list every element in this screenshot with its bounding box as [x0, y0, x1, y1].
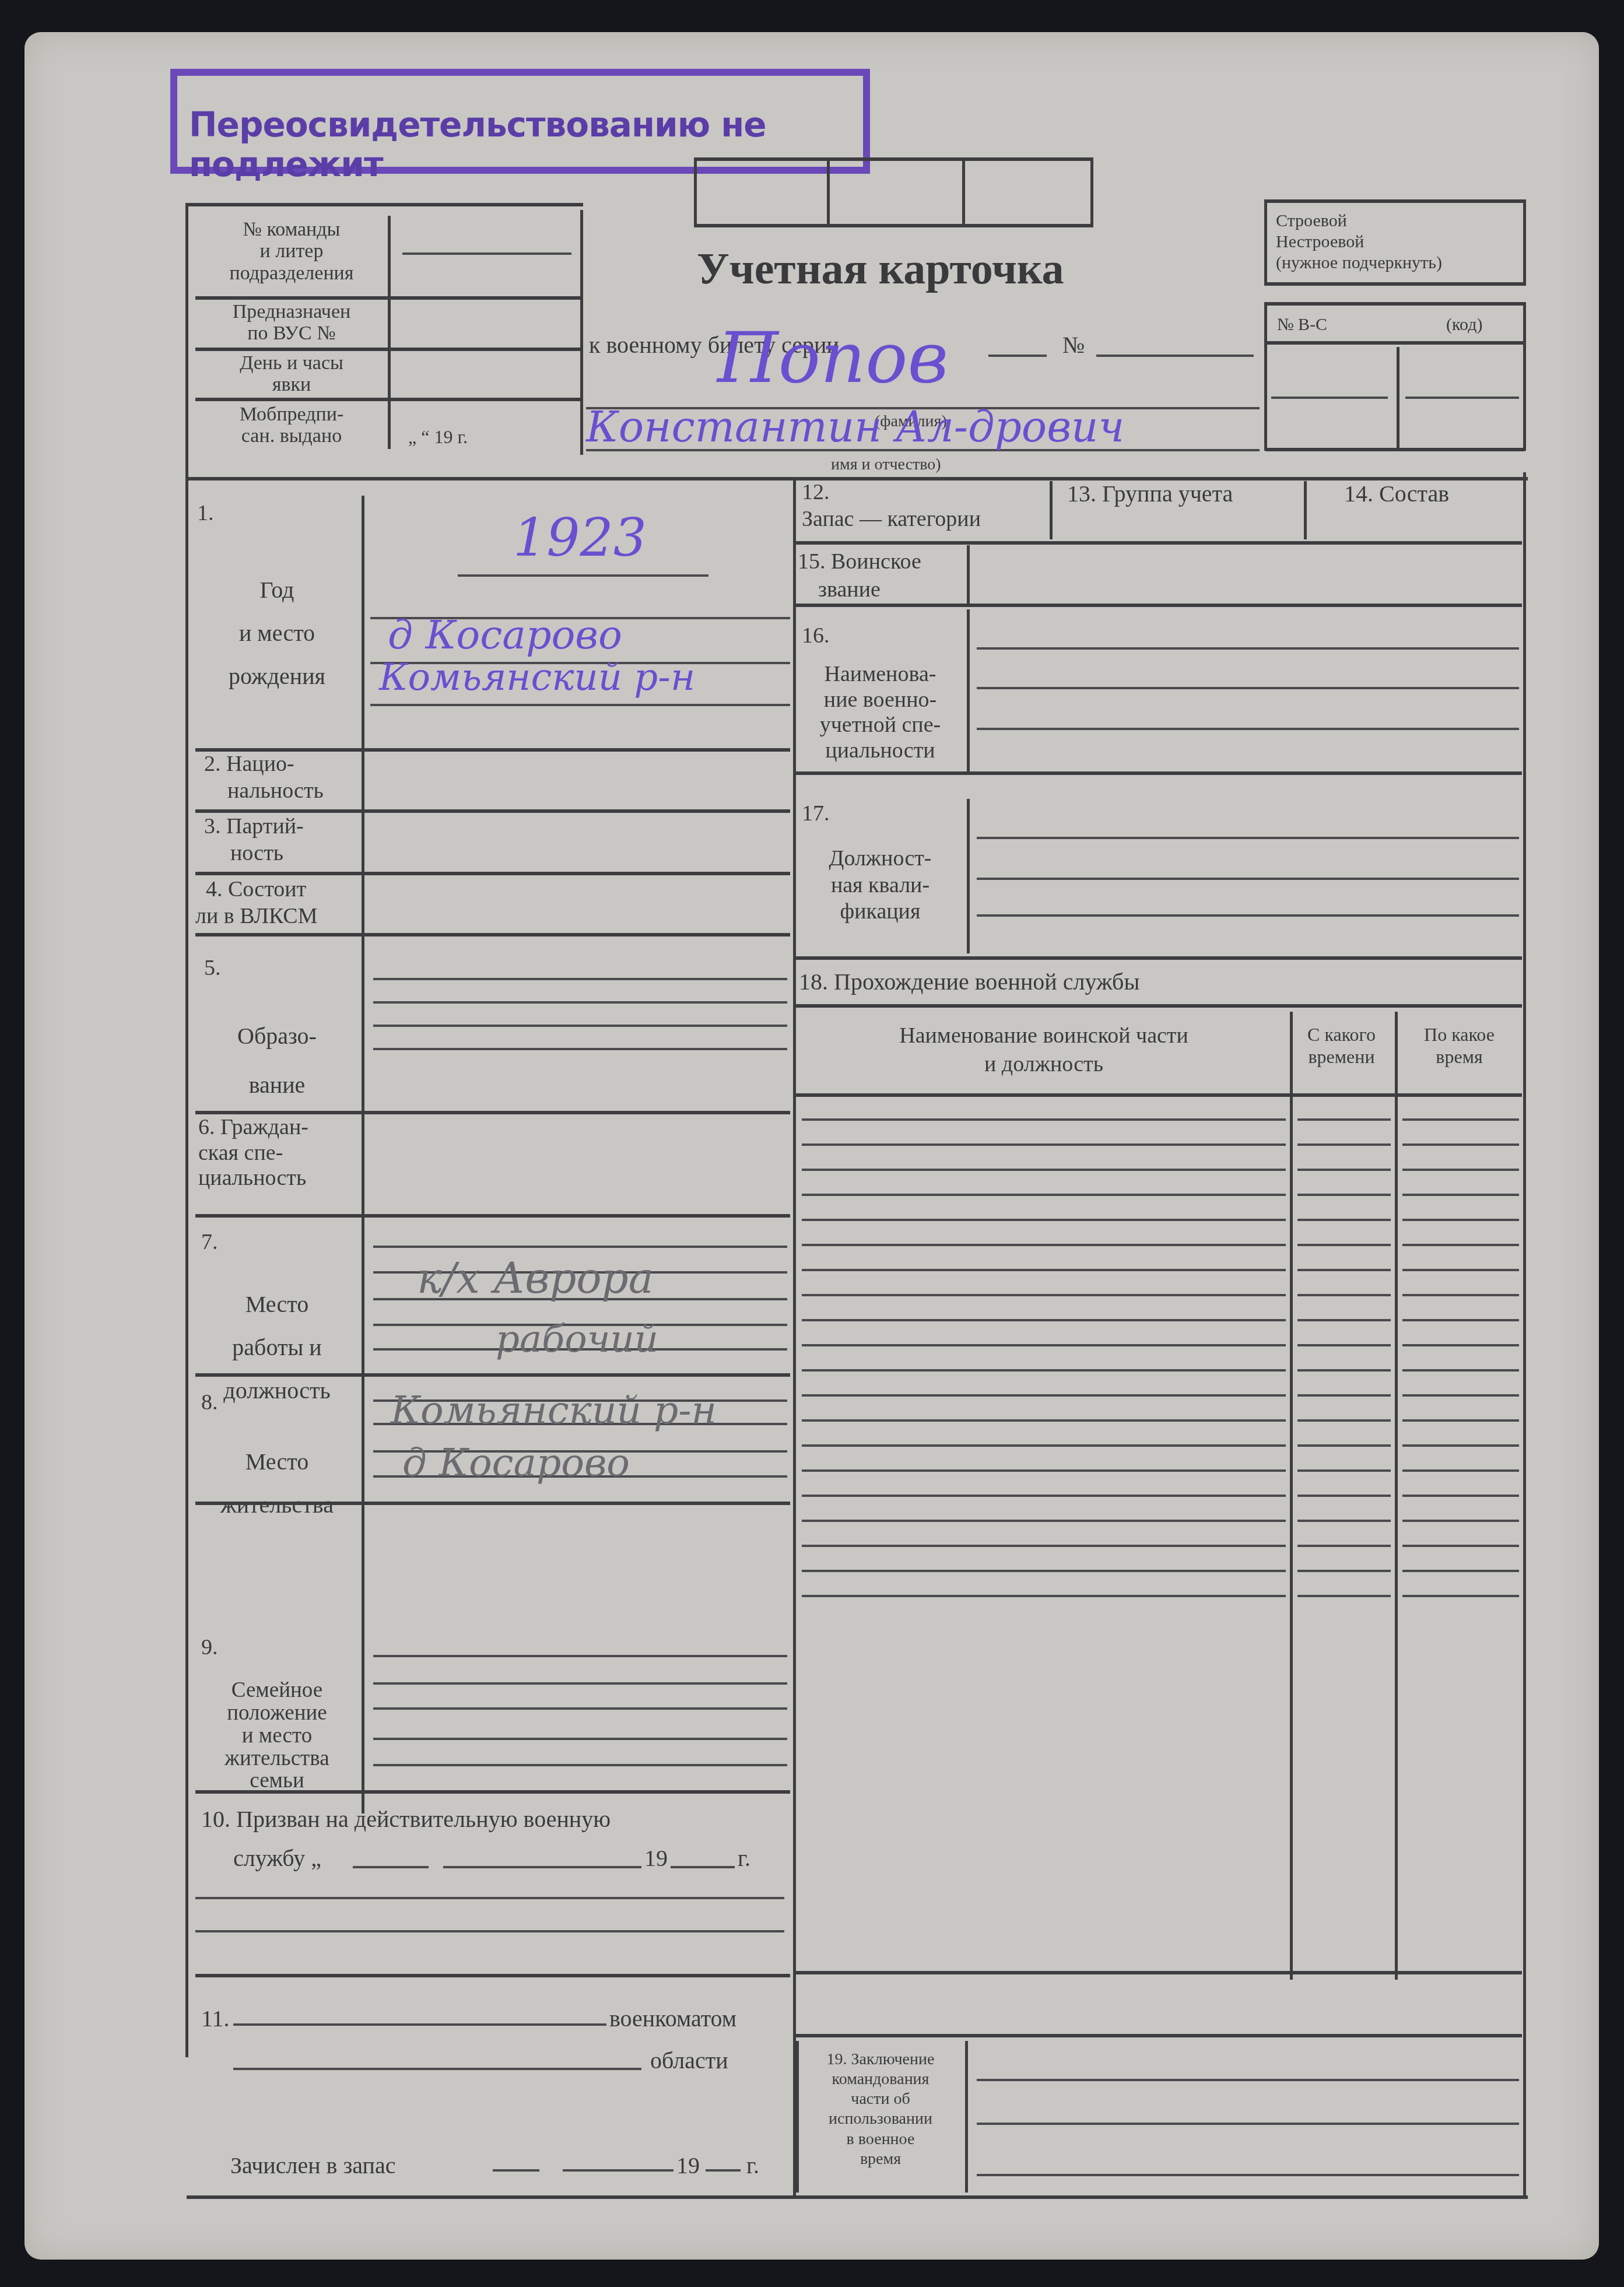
service-table-rule — [1402, 1394, 1519, 1397]
service-table-rule — [1297, 1143, 1391, 1146]
workplace-kolkhoz: к/х Аврора — [417, 1254, 654, 1303]
service-table-rule — [1297, 1294, 1391, 1296]
label-reserve-category: 12.Запас — категории — [793, 479, 981, 532]
label-birth: Годи месторождения — [192, 569, 362, 698]
service-table-rule — [1297, 1269, 1391, 1271]
label-vus-specialty: Наименова-ние военно-учетной спе-циально… — [794, 662, 966, 764]
service-table-rule — [1297, 1394, 1391, 1397]
label-education: Образо-вание — [192, 1012, 362, 1110]
enrolled-reserve-label: Зачислен в запас — [230, 2153, 395, 2179]
oblast-label: области — [650, 2048, 728, 2074]
label-service-record: 18. Прохождение военной службы — [799, 969, 1139, 995]
label-family: Семейноеположениеи местожительствасемьи — [192, 1679, 362, 1793]
mob-order-date: „ “ 19 г. — [408, 427, 468, 447]
service-table-rule — [1402, 1194, 1519, 1196]
residence-district: Комьянский р-н — [391, 1388, 717, 1433]
service-table-rule — [802, 1269, 1286, 1271]
service-table-rule — [1402, 1520, 1519, 1522]
service-table-rule — [1297, 1369, 1391, 1372]
label-vus: Предназначенпо ВУС № — [198, 301, 385, 345]
service-table-rule — [802, 1394, 1286, 1397]
service-table-rule — [1297, 1570, 1391, 1572]
label-command-conclusion: 19. Заключениекомандованиячасти обисполь… — [796, 2050, 965, 2169]
service-table-rule — [1297, 1469, 1391, 1472]
service-table-rule — [1402, 1294, 1519, 1296]
service-table-rule — [1402, 1369, 1519, 1372]
label-residence: Местожительства — [192, 1440, 362, 1527]
label-account-group: 13. Группа учета — [1067, 481, 1233, 507]
label-komsomol: 4. Состоитли в ВЛКСМ — [195, 876, 317, 929]
service-table-rule — [1297, 1444, 1391, 1447]
service-table-rule — [802, 1344, 1286, 1346]
service-table-rule — [802, 1570, 1286, 1572]
birth-year: 1923 — [513, 507, 647, 569]
service-table-rule — [1297, 1169, 1391, 1171]
label-position-qualification: Должност-ная квали-фикация — [794, 846, 966, 925]
service-table-rule — [1297, 1520, 1391, 1522]
service-table-rule — [1402, 1143, 1519, 1146]
service-table-rule — [1402, 1319, 1519, 1321]
label-workplace: Местоработы идолжность — [192, 1283, 362, 1412]
service-table-rule — [1297, 1419, 1391, 1422]
name-caption: имя и отчество) — [831, 456, 941, 474]
service-table-rule — [1297, 1545, 1391, 1547]
label-civil-specialty: 6. Граждан-ская спе-циальность — [198, 1115, 308, 1191]
service-table-rule — [802, 1520, 1286, 1522]
service-table-rule — [802, 1169, 1286, 1171]
service-table-rule — [1402, 1118, 1519, 1121]
workplace-position: рабочий — [496, 1318, 658, 1361]
service-table-rule — [1402, 1269, 1519, 1271]
service-table-rule — [1297, 1344, 1391, 1346]
service-table-rule — [1402, 1570, 1519, 1572]
service-table-rule — [1402, 1545, 1519, 1547]
label-composition: 14. Состав — [1344, 481, 1449, 507]
service-table-rule — [1297, 1118, 1391, 1121]
birth-place-village: д Косарово — [388, 612, 622, 658]
service-table-rule — [1402, 1244, 1519, 1246]
service-table-rule — [802, 1419, 1286, 1422]
service-table-rule — [1297, 1595, 1391, 1597]
voenkomat-label: военкоматом — [609, 2006, 736, 2032]
stamp-text: Переосвидетельствованию не подлежит — [189, 105, 863, 184]
service-table-rule — [802, 1595, 1286, 1597]
service-table-rule — [1402, 1595, 1519, 1597]
service-table-rule — [802, 1444, 1286, 1447]
surname-handwritten: Попов — [717, 318, 948, 399]
birth-place-district: Комьянский р-н — [379, 656, 695, 699]
service-table-rule — [1297, 1244, 1391, 1246]
code-label: (код) — [1446, 315, 1482, 334]
label-day-hours: День и часыявки — [198, 352, 385, 396]
service-table-rule — [1297, 1495, 1391, 1497]
label-mob-order: Мобпредпи-сан. выдано — [198, 404, 385, 447]
service-table-rule — [1402, 1419, 1519, 1422]
service-table-rule — [802, 1319, 1286, 1321]
name-handwritten: Константин Ал-дрович — [586, 402, 1124, 451]
service-table-rule — [802, 1219, 1286, 1221]
called-up-label: 10. Призван на действительную военную — [201, 1807, 611, 1832]
col-unit-position: Наименование воинской частии должность — [799, 1022, 1289, 1079]
service-table-rule — [1297, 1319, 1391, 1321]
service-table-rule — [1402, 1344, 1519, 1346]
service-table-rule — [802, 1194, 1286, 1196]
service-table-rule — [802, 1469, 1286, 1472]
service-table-rule — [1297, 1194, 1391, 1196]
service-table-rule — [802, 1495, 1286, 1497]
service-table-rule — [802, 1118, 1286, 1121]
service-table-rule — [1297, 1219, 1391, 1221]
label-nationality: 2. Нацио-нальность — [204, 751, 324, 804]
col-from-date: С какоговремени — [1293, 1023, 1390, 1068]
service-table-rule — [802, 1143, 1286, 1146]
service-table-rule — [1402, 1469, 1519, 1472]
vs-number-label: № В-С — [1277, 315, 1327, 334]
service-table-rule — [802, 1545, 1286, 1547]
service-table-rule — [802, 1369, 1286, 1372]
service-table-rule — [802, 1244, 1286, 1246]
called-up-date-label: службу „ — [233, 1846, 321, 1871]
service-table-rule — [1402, 1495, 1519, 1497]
col-to-date: По какоевремя — [1399, 1023, 1519, 1068]
service-table-rule — [1402, 1219, 1519, 1221]
label-command-number: № командыи литерподразделения — [198, 219, 385, 284]
label-party: 3. Партий-ность — [204, 813, 304, 867]
card-title: Учетная карточка — [697, 245, 1064, 294]
service-table-rule — [1402, 1444, 1519, 1447]
service-table-rule — [802, 1294, 1286, 1296]
residence-village: д Косарово — [402, 1440, 630, 1485]
number-sign: № — [1062, 332, 1085, 358]
label-military-rank: 15. Воинскоезвание — [798, 548, 921, 604]
service-table-rule — [1402, 1169, 1519, 1171]
